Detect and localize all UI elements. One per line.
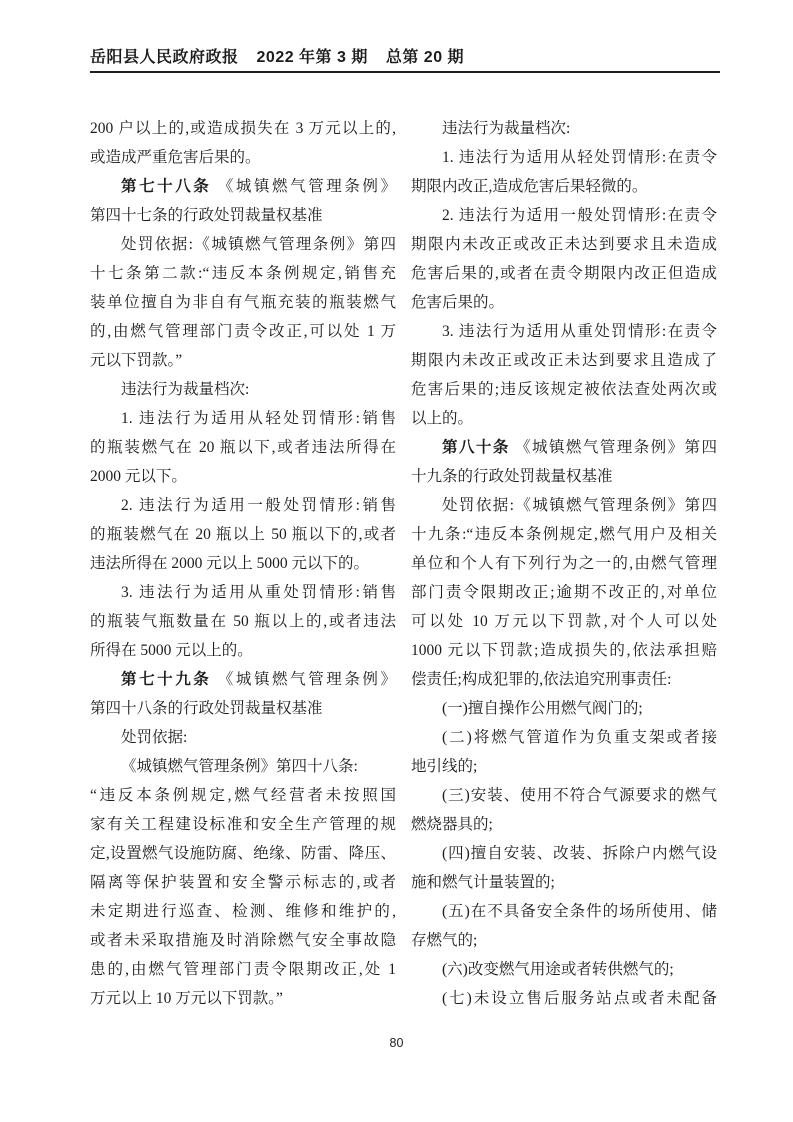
text-line: 的瓶装燃气在 20 瓶以上 50 瓶以下的,或者: [90, 520, 396, 549]
text-segment: 部门责令限期改正;逾期不改正的,对单位: [411, 584, 717, 601]
text-line: 处罚依据:《城镇燃气管理条例》第四: [411, 491, 717, 520]
text-line: 单位和个人有下列行为之一的,由燃气管理: [411, 549, 717, 578]
text-line: 装单位擅自为非自有气瓶充装的瓶装燃气: [90, 288, 396, 317]
text-line: 3. 违法行为适用从重处罚情形:销售: [90, 578, 396, 607]
text-segment: (三)安装、使用不符合气源要求的燃气: [442, 787, 717, 804]
text-segment: 期限内未改正或改正未达到要求且未造成: [411, 236, 717, 253]
text-segment: 处罚依据:《城镇燃气管理条例》第四: [121, 236, 396, 253]
text-line: 偿责任;构成犯罪的,依法追究刑事责任:: [411, 665, 717, 694]
text-segment: 元以下罚款。”: [90, 352, 182, 369]
text-segment: 的瓶装气瓶数量在 50 瓶以上的,或者违法: [90, 613, 396, 630]
text-line: (六)改变燃气用途或者转供燃气的;: [411, 955, 717, 984]
text-segment: 危害后果的,或者在责令期限内改正但造成: [411, 265, 717, 282]
text-segment: 可以处 10 万元以下罚款,对个人可以处: [411, 613, 717, 630]
article-number: 第七十八条: [121, 178, 211, 195]
text-segment: 期限内改正,造成危害后果轻微的。: [411, 178, 647, 195]
text-line: 地引线的;: [411, 752, 717, 781]
text-line: 处罚依据:《城镇燃气管理条例》第四: [90, 230, 396, 259]
text-segment: 或者未采取措施及时消除燃气安全事故隐: [90, 932, 396, 949]
text-segment: 危害后果的。: [411, 294, 504, 311]
column-left: 200 户以上的,或造成损失在 3 万元以上的,或造成严重危害后果的。第七十八条…: [90, 114, 396, 1013]
text-line: 违法行为裁量档次:: [90, 375, 396, 404]
text-line: 危害后果的。: [411, 288, 717, 317]
text-segment: 期限内未改正或改正未达到要求且造成了: [411, 352, 717, 369]
text-line: 的,由燃气管理部门责令改正,可以处 1 万: [90, 317, 396, 346]
text-segment: 十七条第二款:“违反本条例规定,销售充: [90, 265, 396, 282]
text-line: 3. 违法行为适用从重处罚情形:在责令: [411, 317, 717, 346]
text-line: 200 户以上的,或造成损失在 3 万元以上的,: [90, 114, 396, 143]
text-line: 可以处 10 万元以下罚款,对个人可以处: [411, 607, 717, 636]
text-line: 期限内未改正或改正未达到要求且造成了: [411, 346, 717, 375]
text-line: 2. 违法行为适用一般处罚情形:销售: [90, 491, 396, 520]
text-segment: (五)在不具备安全条件的场所使用、储: [442, 903, 717, 920]
text-line: 第七十八条 《城镇燃气管理条例》: [90, 172, 396, 201]
gazette-page: 岳阳县人民政府政报2022 年第 3 期总第 20 期 200 户以上的,或造成…: [0, 0, 793, 1122]
text-segment: 2. 违法行为适用一般处罚情形:销售: [121, 497, 396, 514]
text-line: 2. 违法行为适用一般处罚情形:在责令: [411, 201, 717, 230]
text-segment: 所得在 5000 元以上的。: [90, 642, 253, 659]
text-segment: 3. 违法行为适用从重处罚情形:在责令: [442, 323, 717, 340]
text-line: 未定期进行巡查、检测、维修和维护的,: [90, 897, 396, 926]
text-segment: (四)擅自安装、改装、拆除户内燃气设: [442, 845, 717, 862]
publication-title: 岳阳县人民政府政报: [90, 49, 239, 66]
text-line: 万元以上 10 万元以下罚款。”: [90, 984, 396, 1013]
text-line: 违法行为裁量档次:: [411, 114, 717, 143]
text-line: (三)安装、使用不符合气源要求的燃气: [411, 781, 717, 810]
text-line: 的瓶装气瓶数量在 50 瓶以上的,或者违法: [90, 607, 396, 636]
text-segment: 的,由燃气管理部门责令改正,可以处 1 万: [90, 323, 396, 340]
text-segment: (七)未设立售后服务站点或者未配备: [442, 990, 717, 1007]
text-segment: 家有关工程建设标准和安全生产管理的规: [90, 816, 396, 833]
text-line: 第八十条 《城镇燃气管理条例》第四: [411, 433, 717, 462]
text-segment: 的瓶装燃气在 20 瓶以下,或者违法所得在: [90, 439, 396, 456]
text-segment: 地引线的;: [411, 758, 477, 775]
page-number: 80: [0, 1036, 793, 1050]
text-segment: 患的,由燃气管理部门责令限期改正,处 1: [90, 961, 396, 978]
text-segment: 违法行为裁量档次:: [442, 120, 570, 137]
page-header: 岳阳县人民政府政报2022 年第 3 期总第 20 期: [90, 48, 720, 73]
text-line: (一)擅自操作公用燃气阀门的;: [411, 694, 717, 723]
text-segment: 燃烧器具的;: [411, 816, 493, 833]
text-line: 所得在 5000 元以上的。: [90, 636, 396, 665]
text-line: 以上的。: [411, 404, 717, 433]
text-line: 第七十九条 《城镇燃气管理条例》: [90, 665, 396, 694]
text-segment: 1. 违法行为适用从轻处罚情形:销售: [121, 410, 396, 427]
text-segment: 2. 违法行为适用一般处罚情形:在责令: [442, 207, 717, 224]
text-segment: 违法行为裁量档次:: [121, 381, 249, 398]
text-line: 存燃气的;: [411, 926, 717, 955]
text-line: 患的,由燃气管理部门责令限期改正,处 1: [90, 955, 396, 984]
text-segment: 1. 违法行为适用从轻处罚情形:在责令: [442, 149, 717, 166]
text-segment: “违反本条例规定,燃气经营者未按照国: [90, 787, 396, 804]
text-segment: (一)擅自操作公用燃气阀门的;: [442, 700, 643, 717]
text-segment: 装单位擅自为非自有气瓶充装的瓶装燃气: [90, 294, 396, 311]
text-segment: 的瓶装燃气在 20 瓶以上 50 瓶以下的,或者: [90, 526, 396, 543]
column-right: 违法行为裁量档次:1. 违法行为适用从轻处罚情形:在责令期限内改正,造成危害后果…: [411, 114, 717, 1013]
text-segment: 存燃气的;: [411, 932, 477, 949]
text-segment: 以上的。: [411, 410, 473, 427]
text-line: 第四十七条的行政处罚裁量权基准: [90, 201, 396, 230]
text-line: 部门责令限期改正;逾期不改正的,对单位: [411, 578, 717, 607]
text-segment: 十九条:“违反本条例规定,燃气用户及相关: [411, 526, 717, 543]
text-line: 燃烧器具的;: [411, 810, 717, 839]
cumulative-issue-number: 总第 20 期: [386, 49, 464, 66]
text-line: 2000 元以下。: [90, 462, 396, 491]
text-segment: 处罚依据:: [121, 729, 187, 746]
text-line: 1. 违法行为适用从轻处罚情形:销售: [90, 404, 396, 433]
text-line: 的瓶装燃气在 20 瓶以下,或者违法所得在: [90, 433, 396, 462]
text-line: 或造成严重危害后果的。: [90, 143, 396, 172]
text-segment: 第四十七条的行政处罚裁量权基准: [90, 207, 323, 224]
text-segment: 施和燃气计量装置的;: [411, 874, 555, 891]
issue-number: 2022 年第 3 期: [257, 49, 368, 66]
text-line: “违反本条例规定,燃气经营者未按照国: [90, 781, 396, 810]
text-line: 第四十八条的行政处罚裁量权基准: [90, 694, 396, 723]
text-line: 定,设置燃气设施防腐、绝缘、防雷、降压、: [90, 839, 396, 868]
text-line: 期限内改正,造成危害后果轻微的。: [411, 172, 717, 201]
text-line: (七)未设立售后服务站点或者未配备: [411, 984, 717, 1013]
text-line: (二)将燃气管道作为负重支架或者接: [411, 723, 717, 752]
text-line: 十七条第二款:“违反本条例规定,销售充: [90, 259, 396, 288]
text-segment: 《城镇燃气管理条例》第四: [510, 439, 717, 456]
text-segment: 定,设置燃气设施防腐、绝缘、防雷、降压、: [90, 845, 396, 862]
text-line: 期限内未改正或改正未达到要求且未造成: [411, 230, 717, 259]
article-number: 第八十条: [442, 439, 510, 456]
text-line: (五)在不具备安全条件的场所使用、储: [411, 897, 717, 926]
text-segment: 3. 违法行为适用从重处罚情形:销售: [121, 584, 396, 601]
text-line: (四)擅自安装、改装、拆除户内燃气设: [411, 839, 717, 868]
text-segment: 十九条的行政处罚裁量权基准: [411, 468, 613, 485]
text-segment: 隔离等保护装置和安全警示标志的,或者: [90, 874, 396, 891]
text-segment: 处罚依据:《城镇燃气管理条例》第四: [442, 497, 717, 514]
text-segment: 200 户以上的,或造成损失在 3 万元以上的,: [90, 120, 396, 137]
text-segment: 《城镇燃气管理条例》第四十八条:: [121, 758, 358, 775]
text-segment: 《城镇燃气管理条例》: [211, 671, 396, 688]
text-line: 隔离等保护装置和安全警示标志的,或者: [90, 868, 396, 897]
text-segment: 危害后果的;违反该规定被依法查处两次或: [411, 381, 717, 398]
text-line: 《城镇燃气管理条例》第四十八条:: [90, 752, 396, 781]
text-segment: 或造成严重危害后果的。: [90, 149, 261, 166]
text-line: 十九条:“违反本条例规定,燃气用户及相关: [411, 520, 717, 549]
text-line: 十九条的行政处罚裁量权基准: [411, 462, 717, 491]
article-number: 第七十九条: [121, 671, 211, 688]
text-segment: 违法所得在 2000 元以上 5000 元以下的。: [90, 555, 369, 572]
text-segment: 未定期进行巡查、检测、维修和维护的,: [90, 903, 396, 920]
text-segment: 万元以上 10 万元以下罚款。”: [90, 990, 283, 1007]
text-line: 1000 元以下罚款;造成损失的,依法承担赔: [411, 636, 717, 665]
text-segment: 1000 元以下罚款;造成损失的,依法承担赔: [411, 642, 717, 659]
text-segment: 《城镇燃气管理条例》: [211, 178, 396, 195]
text-line: 或者未采取措施及时消除燃气安全事故隐: [90, 926, 396, 955]
text-line: 违法所得在 2000 元以上 5000 元以下的。: [90, 549, 396, 578]
text-line: 危害后果的;违反该规定被依法查处两次或: [411, 375, 717, 404]
text-line: 元以下罚款。”: [90, 346, 396, 375]
text-line: 家有关工程建设标准和安全生产管理的规: [90, 810, 396, 839]
text-line: 1. 违法行为适用从轻处罚情形:在责令: [411, 143, 717, 172]
text-segment: 单位和个人有下列行为之一的,由燃气管理: [411, 555, 717, 572]
text-segment: 第四十八条的行政处罚裁量权基准: [90, 700, 323, 717]
content-columns: 200 户以上的,或造成损失在 3 万元以上的,或造成严重危害后果的。第七十八条…: [90, 114, 718, 1013]
text-segment: (二)将燃气管道作为负重支架或者接: [442, 729, 717, 746]
text-line: 危害后果的,或者在责令期限内改正但造成: [411, 259, 717, 288]
text-segment: 偿责任;构成犯罪的,依法追究刑事责任:: [411, 671, 672, 688]
text-segment: 2000 元以下。: [90, 468, 187, 485]
text-segment: (六)改变燃气用途或者转供燃气的;: [442, 961, 674, 978]
text-line: 施和燃气计量装置的;: [411, 868, 717, 897]
text-line: 处罚依据:: [90, 723, 396, 752]
